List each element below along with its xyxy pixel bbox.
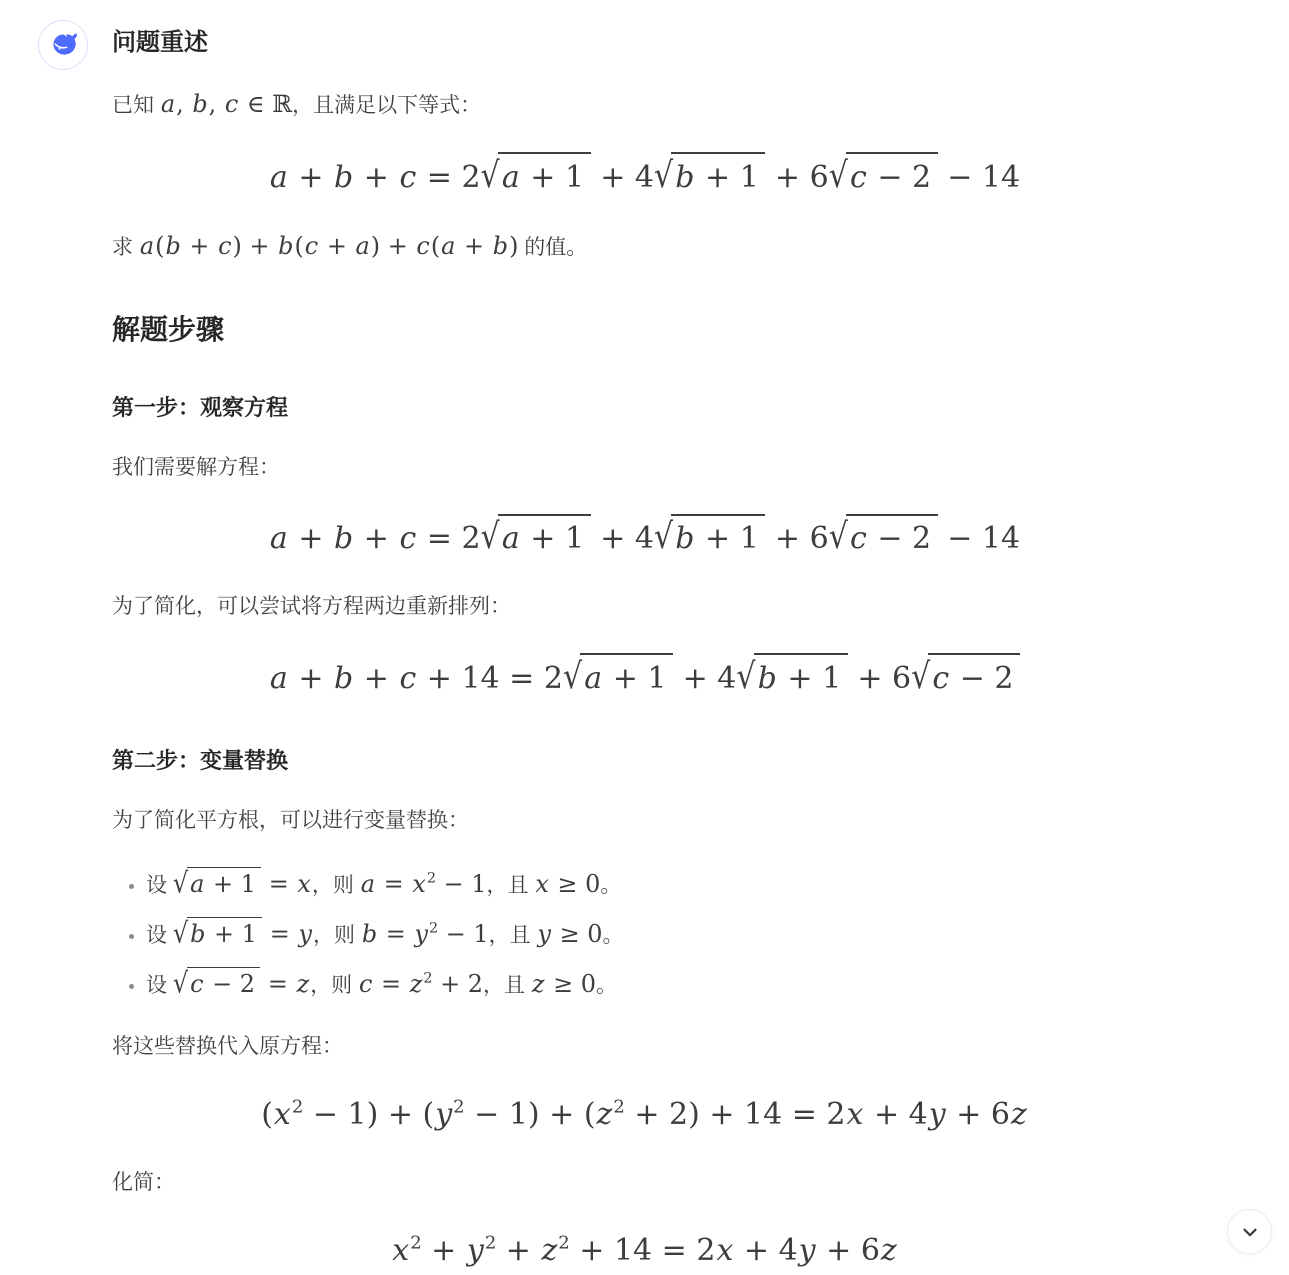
step2-paragraph-3: 化简： <box>112 1167 1177 1199</box>
chevron-down-icon <box>1239 1221 1261 1243</box>
step2-paragraph-2: 将这些替换代入原方程： <box>112 1031 1177 1063</box>
substitution-y: 设 √b + 1 = y，则 b = y2 − 1，且 y ≥ 0。 <box>146 924 624 947</box>
step1-equation-1: a + b + c = 2√a + 1 + 4√b + 1 + 6√c − 2 … <box>112 514 1177 562</box>
step2-paragraph-1: 为了简化平方根，可以进行变量替换： <box>112 805 1177 837</box>
substitution-x: 设 √a + 1 = x，则 a = x2 − 1，且 x ≥ 0。 <box>146 874 621 897</box>
step2-equation-2: x2 + y2 + z2 + 14 = 2x + 4y + 6z <box>112 1229 1177 1273</box>
step1-paragraph-2: 为了简化，可以尝试将方程两边重新排列： <box>112 591 1177 623</box>
assistant-message: 问题重述 已知 a, b, c ∈ ℝ，且满足以下等式： a + b + c =… <box>0 0 1177 1273</box>
section-heading-solution-steps: 解题步骤 <box>112 312 1177 348</box>
problem-ask-text: 求 a(b + c) + b(c + a) + c(a + b) 的值。 <box>112 230 1177 264</box>
scroll-to-bottom-button[interactable] <box>1227 1209 1272 1254</box>
substitution-z: 设 √c − 2 = z，则 c = z2 + 2，且 z ≥ 0。 <box>146 974 617 997</box>
equation-original: a + b + c = 2√a + 1 + 4√b + 1 + 6√c − 2 … <box>112 152 1177 200</box>
list-item: 设 √b + 1 = y，则 b = y2 − 1，且 y ≥ 0。 <box>146 917 1177 951</box>
step1-equation-2: a + b + c + 14 = 2√a + 1 + 4√b + 1 + 6√c… <box>112 653 1177 701</box>
section-heading-problem-restatement: 问题重述 <box>112 28 1177 58</box>
step1-paragraph-1: 我们需要解方程： <box>112 452 1177 484</box>
substitution-list: 设 √a + 1 = x，则 a = x2 − 1，且 x ≥ 0。 设 √b … <box>112 867 1177 1002</box>
list-item: 设 √a + 1 = x，则 a = x2 − 1，且 x ≥ 0。 <box>146 867 1177 901</box>
problem-intro-text: 已知 a, b, c ∈ ℝ，且满足以下等式： <box>112 88 1177 122</box>
step1-heading: 第一步：观察方程 <box>112 394 1177 422</box>
step2-equation-1: (x2 − 1) + (y2 − 1) + (z2 + 2) + 14 = 2x… <box>112 1093 1177 1137</box>
list-item: 设 √c − 2 = z，则 c = z2 + 2，且 z ≥ 0。 <box>146 967 1177 1001</box>
step2-heading: 第二步：变量替换 <box>112 747 1177 775</box>
